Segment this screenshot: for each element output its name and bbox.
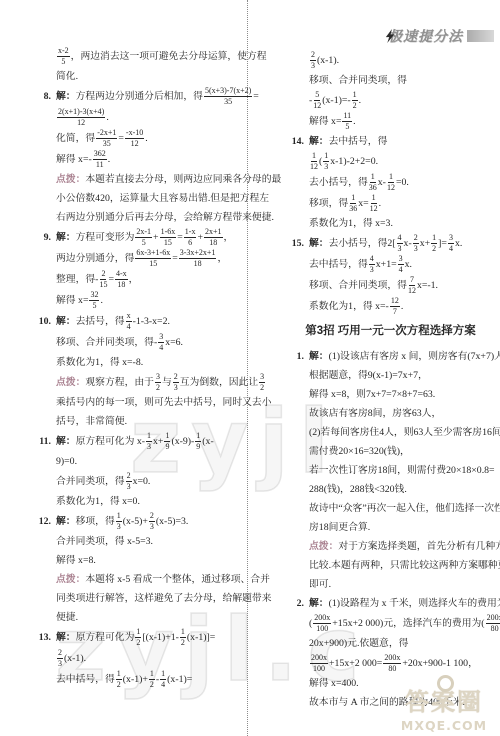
solution-line: 若一次性订客房18间，则需付费20×18×0.8= bbox=[283, 461, 498, 480]
fraction: 112 bbox=[387, 173, 395, 192]
solution-line: 解得 x=-36211. bbox=[30, 149, 250, 170]
fraction: 12 bbox=[352, 91, 358, 110]
fraction: 12 bbox=[135, 628, 141, 647]
solution-line: 解得 x=8. bbox=[30, 551, 250, 570]
solution-line: 系数化为1，得 x=0. bbox=[30, 492, 250, 511]
fraction: 34 bbox=[158, 333, 164, 352]
fraction: 1-6x15 bbox=[160, 228, 177, 247]
site-url-text: MXQE.COM bbox=[391, 718, 497, 733]
solution-line: 根据题意，得9(x-1)=7x+7， bbox=[283, 366, 498, 385]
solution-line: 14.解：去中括号，得 bbox=[283, 132, 498, 151]
solution-label: 解： bbox=[309, 598, 329, 610]
solution-line: 简化. bbox=[30, 67, 250, 86]
solution-line: -512(x-1)=-12. bbox=[283, 90, 498, 111]
section-heading: 第3招 巧用一元一次方程选择方案 bbox=[283, 317, 498, 347]
fraction: 200x100 bbox=[310, 654, 328, 673]
problem-number: 13. bbox=[30, 627, 51, 648]
fraction: 1-x6 bbox=[184, 228, 197, 247]
solution-label: 解： bbox=[56, 316, 76, 328]
fraction: 136 bbox=[349, 194, 357, 213]
fraction: 200x100 bbox=[313, 614, 331, 633]
solution-line: 移项，得136x=112. bbox=[283, 193, 498, 214]
solution-line: 合并同类项，得 x-5=3. bbox=[30, 532, 250, 551]
tip-label: 点拨： bbox=[56, 377, 85, 389]
problem-number: 2. bbox=[283, 594, 304, 613]
site-watermark: 答案圈 MXQE.COM bbox=[391, 682, 497, 733]
solution-line: 括号，非常简便. bbox=[30, 412, 250, 431]
solution-line: 20x+900)元.依题意，得 bbox=[283, 634, 498, 653]
fraction: 2x-15 bbox=[135, 228, 152, 247]
solution-line: 9.解：方程可变形为2x-15+1-6x15=1-x6+2x+118， bbox=[30, 227, 250, 248]
solution-line: 288(钱)，288钱<320钱. bbox=[283, 480, 498, 499]
fraction: 12 bbox=[116, 670, 122, 689]
fraction: 13 bbox=[323, 152, 329, 171]
solution-line: 112(13x-1)-2+2=0. bbox=[283, 151, 498, 172]
fraction: 13 bbox=[116, 512, 122, 531]
solution-line: 13.解：原方程可化为12[(x-1)+1-12(x-1)]= bbox=[30, 627, 250, 648]
solution-line: (200x100+15x+2 000)元，选择汽车的费用为(200x80+ bbox=[283, 613, 498, 634]
solution-line: 系数化为1，得 x=3. bbox=[283, 214, 498, 233]
solution-label: 解： bbox=[56, 516, 76, 528]
fraction: 215 bbox=[99, 270, 107, 289]
solution-line: 2(x+1)-3(x+4)12. bbox=[30, 107, 250, 128]
solution-label: 解： bbox=[309, 238, 329, 250]
fraction: x4 bbox=[126, 312, 132, 331]
logo-accent-bar bbox=[467, 30, 494, 42]
fraction: 712 bbox=[408, 276, 416, 295]
fraction: 112 bbox=[370, 194, 378, 213]
solution-line: 系数化为1，得 x=-8. bbox=[30, 353, 250, 372]
fraction: 19 bbox=[195, 432, 201, 451]
solution-line: 即可. bbox=[283, 575, 498, 594]
solution-line: 两边分别通分，得6x-3+1-6x15=3-3x+2x+118， bbox=[30, 248, 250, 269]
problem-number: 14. bbox=[283, 132, 304, 151]
solution-line: 便捷. bbox=[30, 608, 250, 627]
fraction: 4-x18 bbox=[115, 270, 128, 289]
answer-page: 极速提分法 zyjl zyjl.c x-25，两边消去这一项可避免去分母运算，使… bbox=[0, 0, 500, 736]
solution-label: 解： bbox=[56, 232, 76, 244]
fraction: 14 bbox=[160, 670, 166, 689]
solution-line: 同类项进行解答，这样避免了去分母，给解题带来 bbox=[30, 589, 250, 608]
fraction: 2(x+1)-3(x+4)12 bbox=[57, 108, 105, 127]
solution-line: 23(x-1). bbox=[30, 648, 250, 669]
fraction: 23 bbox=[126, 472, 132, 491]
fraction: 2x+118 bbox=[204, 228, 223, 247]
fraction: 32 bbox=[155, 373, 161, 392]
fraction: 112 bbox=[310, 152, 318, 171]
problem-number: 12. bbox=[30, 511, 51, 532]
fraction: 12 bbox=[180, 628, 186, 647]
solution-line: 房18间更合算. bbox=[283, 518, 498, 537]
problem-number: 8. bbox=[30, 86, 51, 107]
left-column: x-25，两边消去这一项可避免去分母运算，使方程简化.8.解：方程两边分别通分后… bbox=[30, 46, 250, 690]
fraction: -x-1012 bbox=[125, 129, 144, 148]
solution-line: 故诗中“众客”再次一起入住，他们选择一次性订客 bbox=[283, 499, 498, 518]
fraction: 23 bbox=[310, 51, 316, 70]
brand-logo-text: 极速提分法 bbox=[388, 26, 463, 46]
fraction: 200x80 bbox=[486, 614, 500, 633]
fraction: 5(x+3)-7(x+2)35 bbox=[204, 87, 252, 106]
fraction: 19 bbox=[164, 432, 170, 451]
fraction: 12 bbox=[431, 234, 437, 253]
solution-line: 10.解：去括号，得x4-1-3-x=2. bbox=[30, 311, 250, 332]
tip-label: 点拨： bbox=[56, 574, 85, 586]
fraction: 43 bbox=[397, 234, 403, 253]
fraction: 34 bbox=[448, 234, 454, 253]
tip-label: 点拨： bbox=[56, 174, 85, 186]
fraction: 136 bbox=[369, 173, 377, 192]
fraction: 23 bbox=[57, 649, 63, 668]
solution-line: 1.解：(1)设该店有客房 x 间，则房客有(7x+7)人， bbox=[283, 347, 498, 366]
solution-line: 15.解：去小括号，得2[43x-23x+12]=34x. bbox=[283, 233, 498, 254]
solution-line: 8.解：方程两边分别通分后相加，得5(x+3)-7(x+2)35= bbox=[30, 86, 250, 107]
solution-line: 点拨：本题若直接去分母，则两边应同乘各分母的最 bbox=[30, 170, 250, 189]
fraction: 43 bbox=[369, 255, 375, 274]
solution-line: 12.解：移项，得13(x-5)+23(x-5)=3. bbox=[30, 511, 250, 532]
problem-number: 1. bbox=[283, 347, 304, 366]
solution-label: 解： bbox=[56, 436, 76, 448]
solution-line: 移项、合并同类项，得-34x=6. bbox=[30, 332, 250, 353]
solution-line: 乘括号内的每一项，则可先去中括号，同时又去小 bbox=[30, 393, 250, 412]
solution-line: 故该店有客房8间，房客63人， bbox=[283, 404, 498, 423]
fraction: 200x80 bbox=[383, 654, 401, 673]
fraction: 127 bbox=[390, 297, 400, 316]
solution-line: 解得 x=8，则7x+7=7×8+7=63. bbox=[283, 385, 498, 404]
solution-line: 11.解：原方程可化为 x-13x+19(x-9)-19(x- bbox=[30, 431, 250, 452]
problem-number: 10. bbox=[30, 311, 51, 332]
problem-number: 9. bbox=[30, 227, 51, 248]
solution-line: 比较.本题有两种，只需比较这两种方案哪种更省钱 bbox=[283, 556, 498, 575]
solution-label: 解： bbox=[56, 91, 76, 103]
solution-line: 移项、合并同类项，得 bbox=[283, 71, 498, 90]
fraction: 12 bbox=[149, 670, 155, 689]
solution-line: 系数化为1，得 x=-127. bbox=[283, 296, 498, 317]
solution-label: 解： bbox=[309, 136, 329, 148]
fraction: 13 bbox=[146, 432, 152, 451]
solution-line: 点拨：对于方案选择类题，首先分析有几种方案，再 bbox=[283, 537, 498, 556]
solution-line: 合并同类项，得23x=0. bbox=[30, 471, 250, 492]
solution-line: 移项、合并同类项，得712x=-1. bbox=[283, 275, 498, 296]
solution-line: 解得 x=325. bbox=[30, 290, 250, 311]
fraction: 512 bbox=[313, 91, 321, 110]
fraction: 6x-3+1-6x15 bbox=[135, 249, 171, 268]
solution-line: 去小括号，得136x-112=0. bbox=[283, 172, 498, 193]
right-column: 23(x-1).移项、合并同类项，得-512(x-1)=-12.解得 x=115… bbox=[283, 50, 498, 712]
fraction: 23 bbox=[173, 373, 179, 392]
problem-number: 15. bbox=[283, 233, 304, 254]
brand-logo: 极速提分法 bbox=[386, 26, 494, 46]
solution-line: 需付费20×16=320(钱)， bbox=[283, 442, 498, 461]
fraction: 23 bbox=[149, 512, 155, 531]
solution-line: 整理，得-215=4-x18， bbox=[30, 269, 250, 290]
fraction: 36211 bbox=[93, 150, 107, 169]
fraction: 34 bbox=[398, 255, 404, 274]
solution-line: 化简，得-2x+135=-x-1012. bbox=[30, 128, 250, 149]
fraction: 115 bbox=[342, 112, 352, 131]
fraction: 32 bbox=[259, 373, 265, 392]
solution-line: 去中括号，得12(x-1)+12-14(x-1)= bbox=[30, 669, 250, 690]
solution-label: 解： bbox=[56, 632, 76, 644]
solution-line: 9)=0. bbox=[30, 452, 250, 471]
fraction: 3-3x+2x+118 bbox=[179, 249, 217, 268]
solution-line: (2)若每间客房住4人，则63人至少需客房16间， bbox=[283, 423, 498, 442]
fraction: -2x+135 bbox=[96, 129, 117, 148]
site-logo-icon bbox=[437, 675, 454, 692]
solution-line: 解得 x=115. bbox=[283, 111, 498, 132]
solution-line: 点拨：本题将 x-5 看成一个整体，通过移项、合并 bbox=[30, 570, 250, 589]
fraction: 23 bbox=[413, 234, 419, 253]
solution-line: 2.解：(1)设路程为 x 千米，则选择火车的费用为 bbox=[283, 594, 498, 613]
solution-line: 小公倍数420，运算量大且容易出错.但是把方程左 bbox=[30, 189, 250, 208]
solution-label: 解： bbox=[309, 351, 329, 363]
solution-line: 200x100+15x+2 000=200x80+20x+900-1 100， bbox=[283, 653, 498, 674]
problem-number: 11. bbox=[30, 431, 51, 452]
solution-line: 右两边分别通分后再去分母，会给解方程带来便捷. bbox=[30, 208, 250, 227]
solution-line: 去中括号，得43x+1=34x. bbox=[283, 254, 498, 275]
solution-line: x-25，两边消去这一项可避免去分母运算，使方程 bbox=[30, 46, 250, 67]
tip-label: 点拨： bbox=[309, 541, 338, 553]
fraction: 325 bbox=[89, 291, 99, 310]
fraction: x-25 bbox=[57, 47, 70, 66]
solution-line: 点拨：观察方程，由于32与23互为倒数，因此让32 bbox=[30, 372, 250, 393]
solution-line: 23(x-1). bbox=[283, 50, 498, 71]
